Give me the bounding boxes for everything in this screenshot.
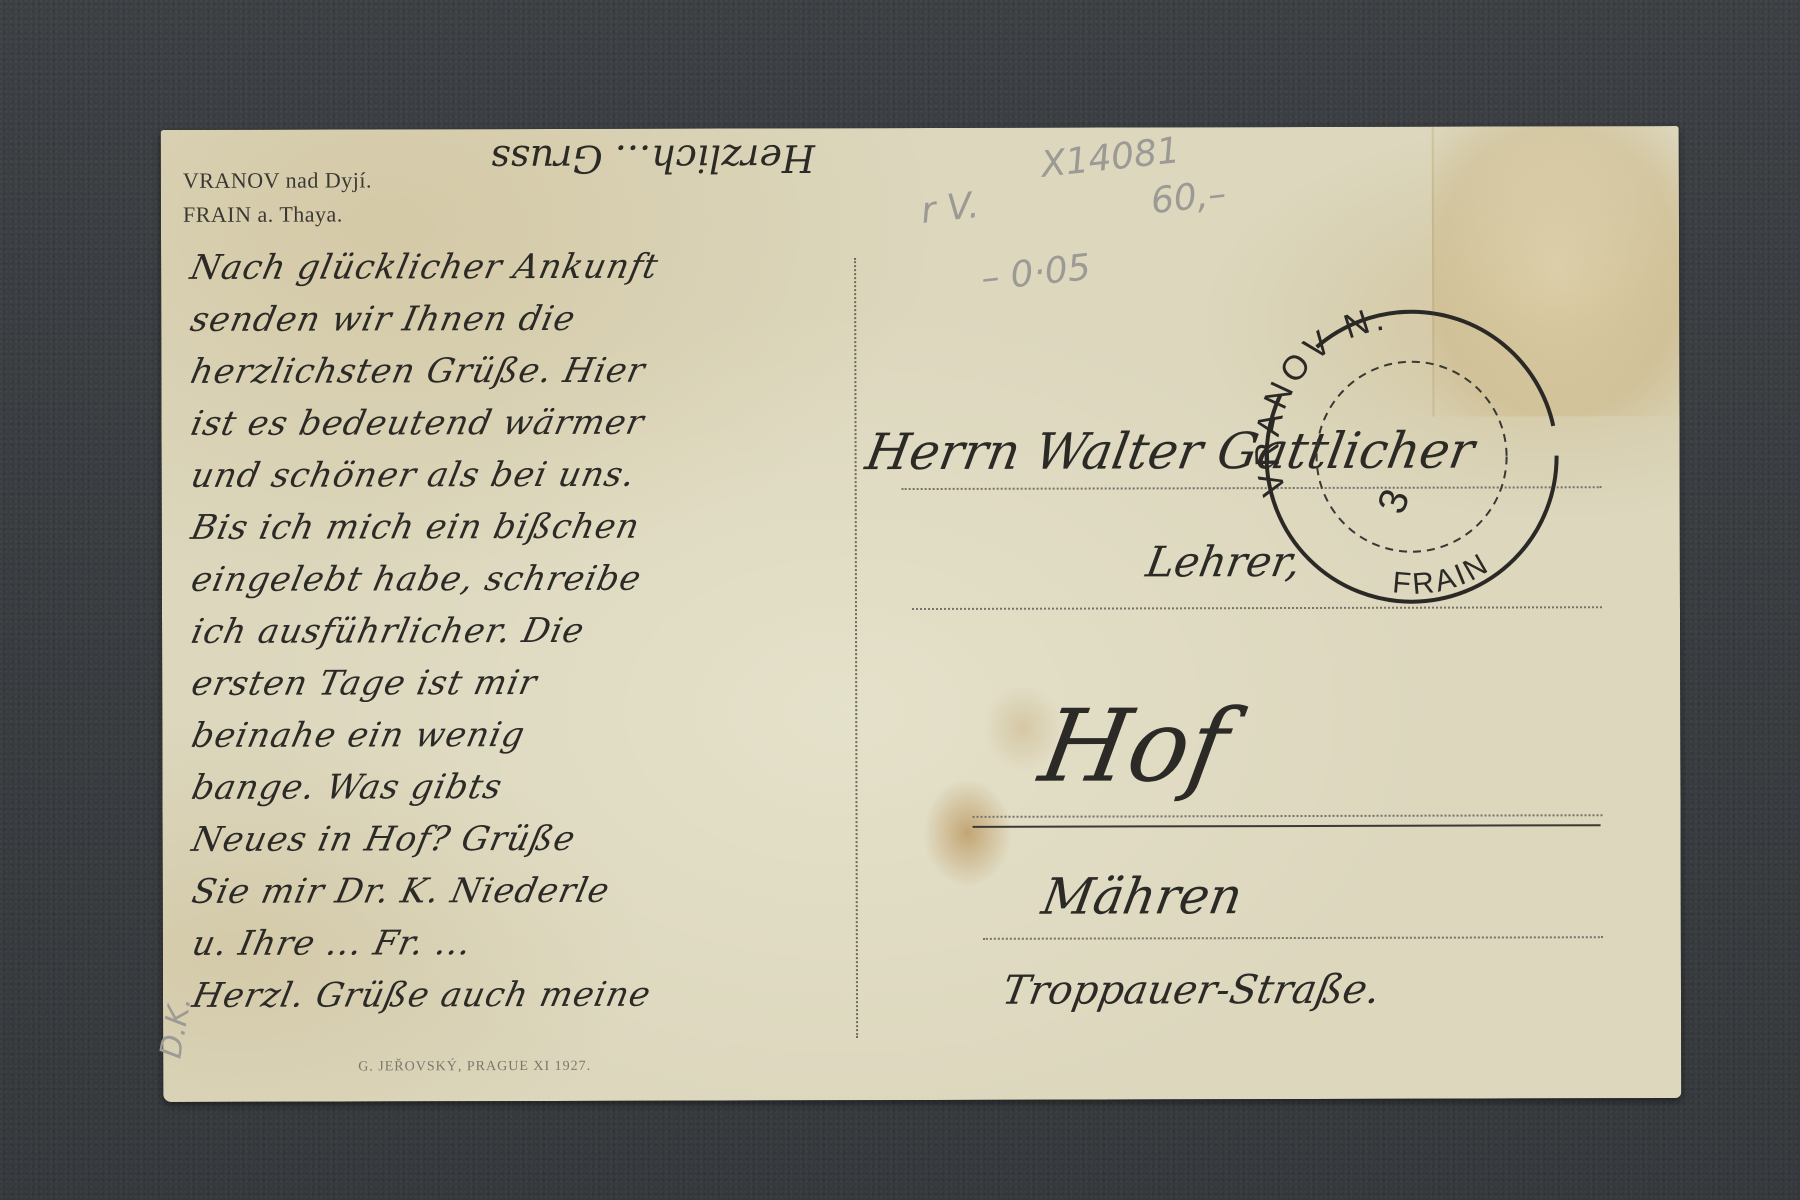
address-guide-line: [983, 936, 1603, 940]
pencil-catalog-number: X14081: [1039, 130, 1182, 186]
printed-header-town: VRANOV nad Dyjí.: [183, 167, 372, 193]
address-underline: [973, 824, 1601, 828]
address-city: Hof: [1032, 687, 1237, 805]
svg-text:VRANOV N.: VRANOV N.: [1248, 299, 1391, 500]
pencil-value: – 0·05: [979, 247, 1092, 300]
postmark-circle-icon: VRANOV N. FRAIN 3: [1241, 291, 1572, 622]
message-line: ersten Tage ist mir: [188, 663, 541, 704]
address-region: Mähren: [1038, 867, 1247, 926]
postmark-center-mark: 3: [1370, 483, 1419, 519]
message-line: ich ausführlicher. Die: [188, 611, 588, 652]
address-street: Troppauer-Straße.: [999, 967, 1384, 1014]
message-line: ist es bedeutend wärmer: [187, 403, 648, 444]
message-line: Nach glücklicher Ankunft: [187, 247, 662, 288]
message-line: beinahe ein wenig: [188, 715, 529, 756]
message-line: senden wir Ihnen die: [187, 299, 579, 340]
pencil-mark: r V.: [919, 185, 981, 232]
message-line: Sie mir Dr. K. Niederle: [189, 871, 614, 912]
postmark-town-top: VRANOV N.: [1248, 299, 1391, 500]
message-line: Herzl. Grüße auch meine: [189, 975, 655, 1016]
message-line: Bis ich mich ein bißchen: [188, 507, 644, 548]
message-line: Neues in Hof? Grüße: [188, 819, 579, 860]
foxing-stain: [922, 778, 1012, 888]
message-line: eingelebt habe, schreibe: [188, 559, 646, 600]
message-line: bange. Was gibts: [188, 767, 506, 808]
postcard-divider-line: [854, 258, 858, 1038]
message-line: u. Ihre ... Fr. ...: [189, 923, 476, 964]
printed-header-town-german: FRAIN a. Thaya.: [183, 202, 343, 228]
pencil-price: 60,–: [1149, 173, 1228, 222]
postcard: VRANOV nad Dyjí. FRAIN a. Thaya. Herzlic…: [161, 126, 1682, 1102]
message-line: herzlichsten Grüße. Hier: [187, 351, 649, 392]
svg-text:FRAIN: FRAIN: [1391, 547, 1496, 602]
publisher-imprint: G. JEŘOVSKÝ, PRAGUE XI 1927.: [358, 1059, 591, 1076]
postmark-stamp: VRANOV N. FRAIN 3: [1241, 291, 1572, 622]
postmark-town-bottom: FRAIN: [1391, 547, 1496, 602]
message-line: und schöner als bei uns.: [187, 455, 639, 496]
address-guide-line: [973, 814, 1603, 818]
upside-down-handwritten-note: Herzlich... Gruss: [491, 136, 815, 181]
